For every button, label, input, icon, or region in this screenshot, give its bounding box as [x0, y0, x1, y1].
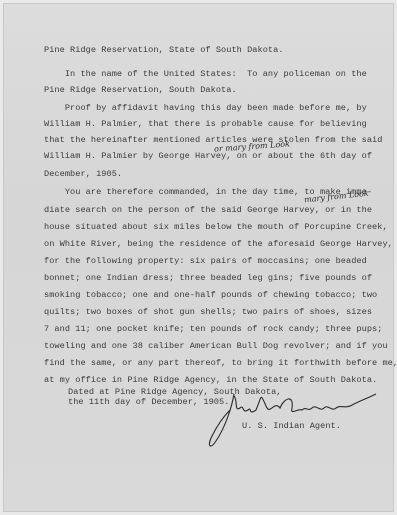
- text-line: December, 1905.: [44, 170, 122, 179]
- text-line: for the following property: six pairs of…: [44, 257, 367, 266]
- document-heading: Pine Ridge Reservation, State of South D…: [44, 46, 284, 55]
- text-line: William H. Palmier by George Harvey, on …: [44, 152, 372, 161]
- text-line: Pine Ridge Reservation, South Dakota.: [44, 86, 237, 95]
- text-line: Proof by affidavit having this day been …: [44, 104, 367, 113]
- text-line: find the same, or any part thereof, to b…: [44, 359, 397, 368]
- text-line: diate search on the person of the said G…: [44, 206, 372, 215]
- text-line: William H. Palmier, that there is probab…: [44, 120, 367, 129]
- text-line: at my office in Pine Ridge Agency, in th…: [44, 376, 377, 385]
- text-line: quilts; two boxes of shot gun shells; tw…: [44, 308, 372, 317]
- text-line: bonnet; one Indian dress; three beaded l…: [44, 274, 372, 283]
- signer-title: U. S. Indian Agent.: [242, 422, 341, 431]
- text-line: In the name of the United States: To any…: [44, 70, 367, 79]
- text-line: toweling and one 38 caliber American Bul…: [44, 342, 388, 351]
- text-line: smoking tobacco; one and one-half pounds…: [44, 291, 377, 300]
- text-line: that the hereinafter mentioned articles …: [44, 136, 382, 145]
- document-page: Pine Ridge Reservation, State of South D…: [3, 3, 394, 512]
- text-line: house situated about six miles below the…: [44, 223, 388, 232]
- text-line: 7 and 11; one pocket knife; ten pounds o…: [44, 325, 382, 334]
- text-line: on White River, being the residence of t…: [44, 240, 393, 249]
